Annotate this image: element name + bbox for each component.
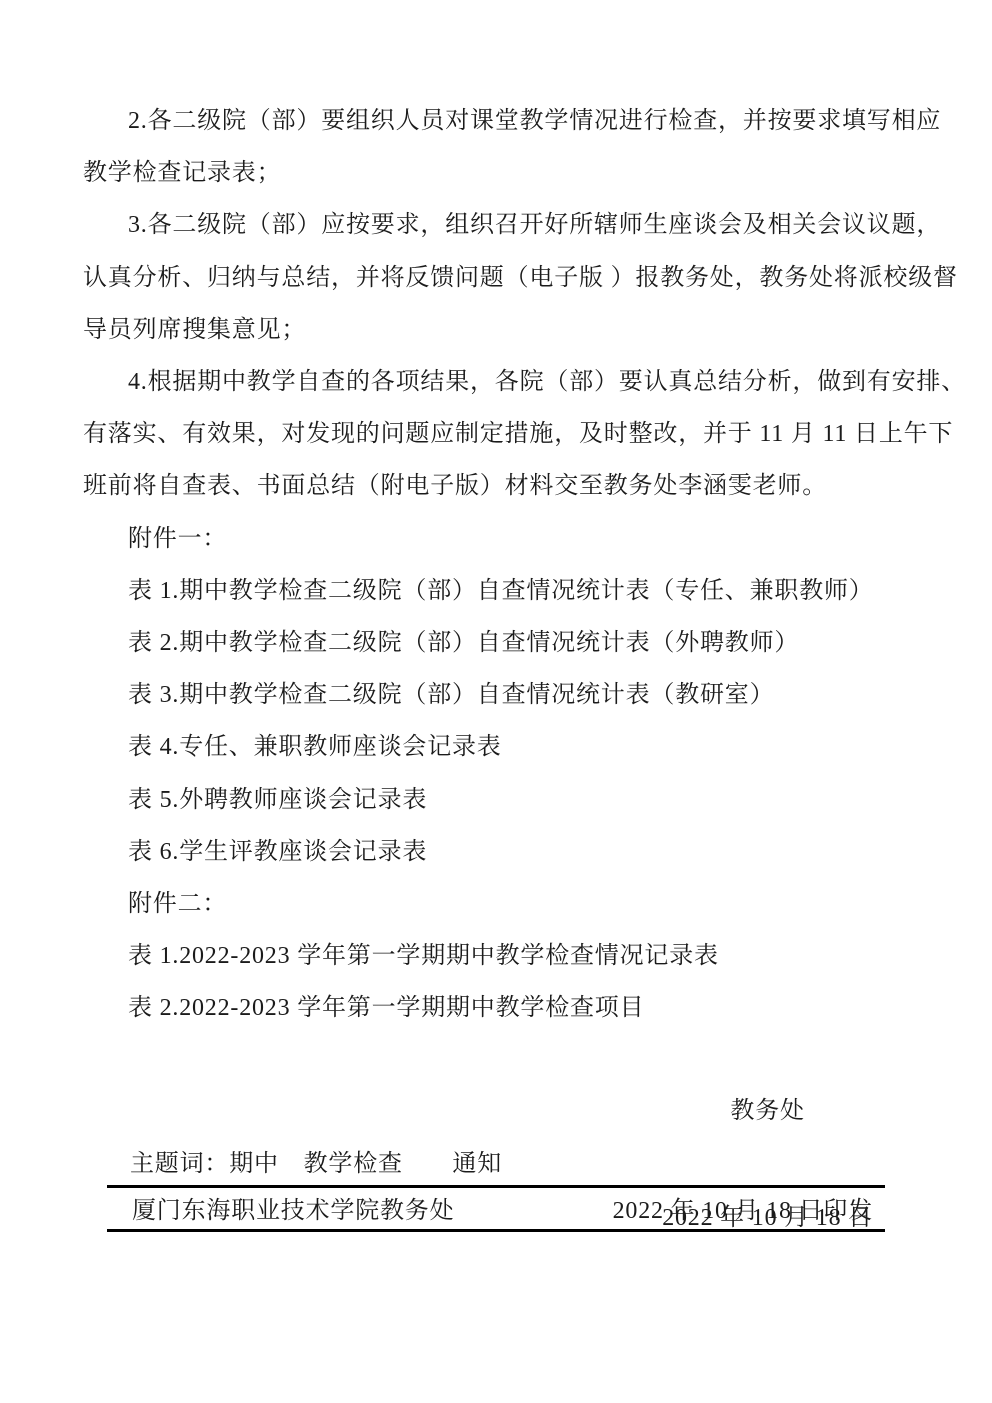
document-line: 表 3.期中教学检查二级院（部）自查情况统计表（教研室） — [128, 680, 774, 710]
document-line: 表 4.专任、兼职教师座谈会记录表 — [128, 732, 502, 762]
signature-office: 教务处 — [662, 1096, 873, 1126]
footer-issuer: 厦门东海职业技术学院教务处 — [132, 1196, 454, 1226]
document-line: 附件一： — [128, 524, 227, 554]
footer-rule-bottom — [107, 1229, 885, 1232]
document-line: 表 6.学生评教座谈会记录表 — [128, 837, 427, 867]
document-line: 认真分析、归纳与总结，并将反馈问题（电子版 ）报教务处，教务处将派校级督 — [83, 263, 958, 293]
document-line: 3.各二级院（部）应按要求，组织召开好所辖师生座谈会及相关会议议题， — [128, 210, 941, 240]
document-line: 附件二： — [128, 889, 227, 919]
footer-row: 厦门东海职业技术学院教务处 2022 年 10 月 18 日印发 — [107, 1196, 885, 1226]
document-line: 有落实、有效果，对发现的问题应制定措施，及时整改，并于 11 月 11 日上午下 — [83, 419, 953, 449]
document-line: 表 2.2022-2023 学年第一学期期中教学检查项目 — [128, 993, 644, 1023]
document-line: 表 1.2022-2023 学年第一学期期中教学检查情况记录表 — [128, 941, 719, 971]
signature-block: 教务处 2022 年 10 月 18 日 — [662, 1042, 873, 1287]
keywords-line: 主题词：期中 教学检查 通知 — [130, 1149, 502, 1179]
document-line: 班前将自查表、书面总结（附电子版）材料交至教务处李涵雯老师。 — [83, 471, 827, 501]
document-line: 表 5.外聘教师座谈会记录表 — [128, 785, 427, 815]
document-line: 表 2.期中教学检查二级院（部）自查情况统计表（外聘教师） — [128, 628, 799, 658]
document-line: 教学检查记录表； — [83, 158, 281, 188]
document-line: 4.根据期中教学自查的各项结果，各院（部）要认真总结分析，做到有安排、 — [128, 367, 966, 397]
document-line: 表 1.期中教学检查二级院（部）自查情况统计表（专任、兼职教师） — [128, 576, 874, 606]
document-line: 2.各二级院（部）要组织人员对课堂教学情况进行检查，并按要求填写相应 — [128, 106, 941, 136]
document-line: 导员列席搜集意见； — [83, 315, 306, 345]
footer-rule-top — [107, 1185, 885, 1188]
document-page: 2.各二级院（部）要组织人员对课堂教学情况进行检查，并按要求填写相应教学检查记录… — [0, 0, 992, 1403]
footer-issue-date: 2022 年 10 月 18 日印发 — [613, 1196, 873, 1226]
